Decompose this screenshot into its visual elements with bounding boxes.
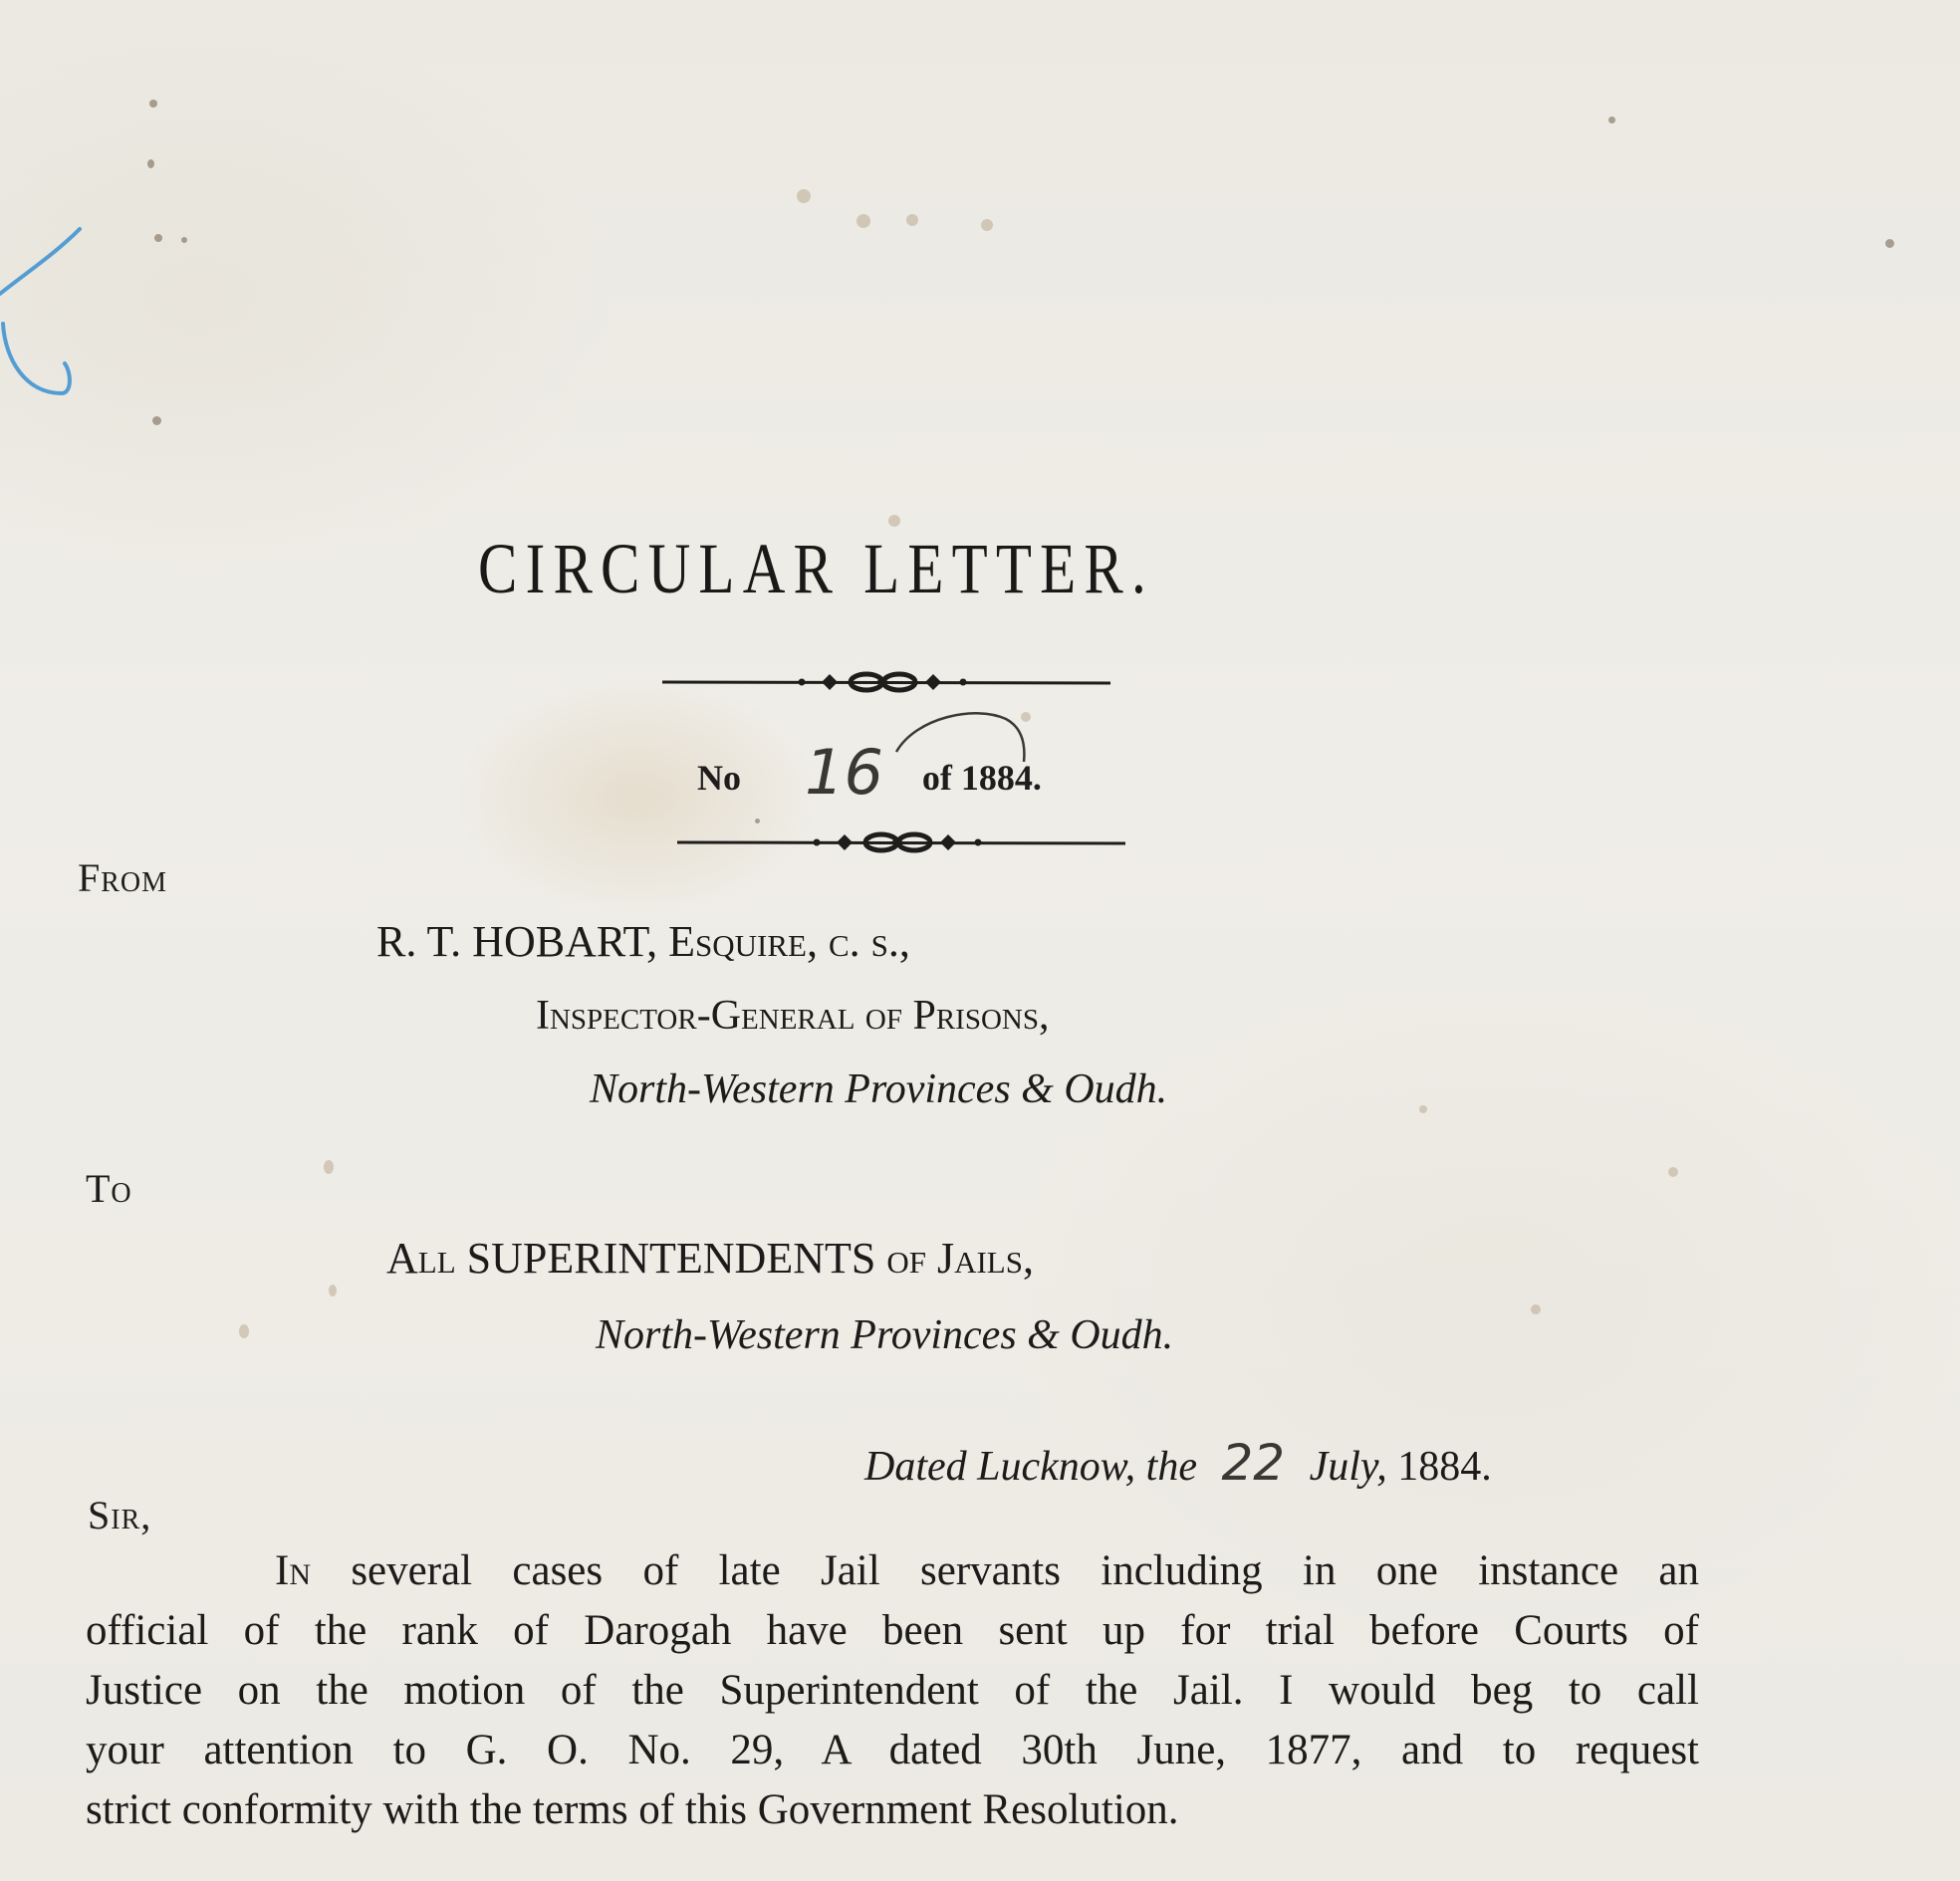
foxing-spot bbox=[857, 214, 870, 228]
handwritten-flourish-icon bbox=[876, 707, 1076, 767]
foxing-spot bbox=[152, 416, 161, 425]
body-line: Justice on the motion of the Superintend… bbox=[86, 1661, 1699, 1721]
foxing-spot bbox=[147, 159, 154, 168]
sender-region: North-Western Provinces & Oudh. bbox=[590, 1065, 1167, 1113]
body-line: strict conformity with the terms of this… bbox=[86, 1780, 1699, 1840]
to-label: To bbox=[86, 1165, 132, 1212]
handwritten-day: 22 bbox=[1222, 1434, 1286, 1492]
sender-name-main: R. T. HOBART, bbox=[376, 917, 657, 966]
foxing-spot bbox=[906, 214, 918, 226]
recipient-name: All SUPERINTENDENTS of Jails, bbox=[386, 1233, 1034, 1284]
number-prefix: No bbox=[697, 757, 741, 799]
date-prefix: Dated Lucknow, the bbox=[864, 1444, 1197, 1490]
foxing-spot bbox=[149, 100, 157, 108]
foxing-spot bbox=[239, 1324, 249, 1338]
ornamental-rule-icon bbox=[677, 830, 1125, 854]
document-title: CIRCULAR LETTER. bbox=[478, 528, 1154, 610]
recipient-of-jails: of Jails, bbox=[886, 1234, 1034, 1283]
foxing-spot bbox=[1419, 1105, 1427, 1113]
foxing-spot bbox=[1668, 1167, 1678, 1177]
foxing-spot bbox=[1531, 1304, 1541, 1314]
foxing-spot bbox=[181, 237, 187, 243]
date-year: 1884. bbox=[1397, 1444, 1492, 1490]
sender-title: Inspector-General of Prisons, bbox=[536, 992, 1049, 1040]
handwritten-number: 16 bbox=[805, 736, 883, 809]
body-line: In several cases of late Jail servants i… bbox=[86, 1541, 1699, 1601]
date-line: Dated Lucknow, the 22 July, 1884. bbox=[864, 1434, 1492, 1492]
foxing-spot bbox=[324, 1160, 334, 1174]
recipient-main: SUPERINTENDENTS bbox=[467, 1234, 876, 1283]
recipient-region: North-Western Provinces & Oudh. bbox=[596, 1311, 1173, 1359]
body-line: your attention to G. O. No. 29, A dated … bbox=[86, 1721, 1699, 1780]
foxing-spot bbox=[797, 189, 811, 203]
foxing-spot bbox=[755, 819, 760, 823]
sender-name: R. T. HOBART, Esquire, c. s., bbox=[376, 916, 910, 967]
foxing-spot bbox=[1885, 239, 1894, 248]
body-dropcap: In bbox=[275, 1547, 311, 1594]
foxing-spot bbox=[888, 515, 900, 527]
salutation: Sir, bbox=[88, 1492, 151, 1538]
document-page: CIRCULAR LETTER. No 16 of 1884. From R. … bbox=[0, 0, 1960, 1881]
ornamental-rule-icon bbox=[662, 670, 1110, 694]
sender-honorific: Esquire, c. s., bbox=[668, 917, 910, 966]
blue-pen-mark-icon bbox=[0, 199, 100, 398]
foxing-spot bbox=[1608, 117, 1615, 123]
recipient-all: All bbox=[386, 1234, 456, 1283]
foxing-spot bbox=[329, 1285, 337, 1296]
date-month: July, bbox=[1310, 1444, 1387, 1490]
from-label: From bbox=[78, 854, 167, 901]
foxing-spot bbox=[154, 234, 162, 242]
foxing-spot bbox=[981, 219, 993, 231]
letter-body: In several cases of late Jail servants i… bbox=[86, 1541, 1699, 1840]
body-line: official of the rank of Darogah have bee… bbox=[86, 1601, 1699, 1661]
